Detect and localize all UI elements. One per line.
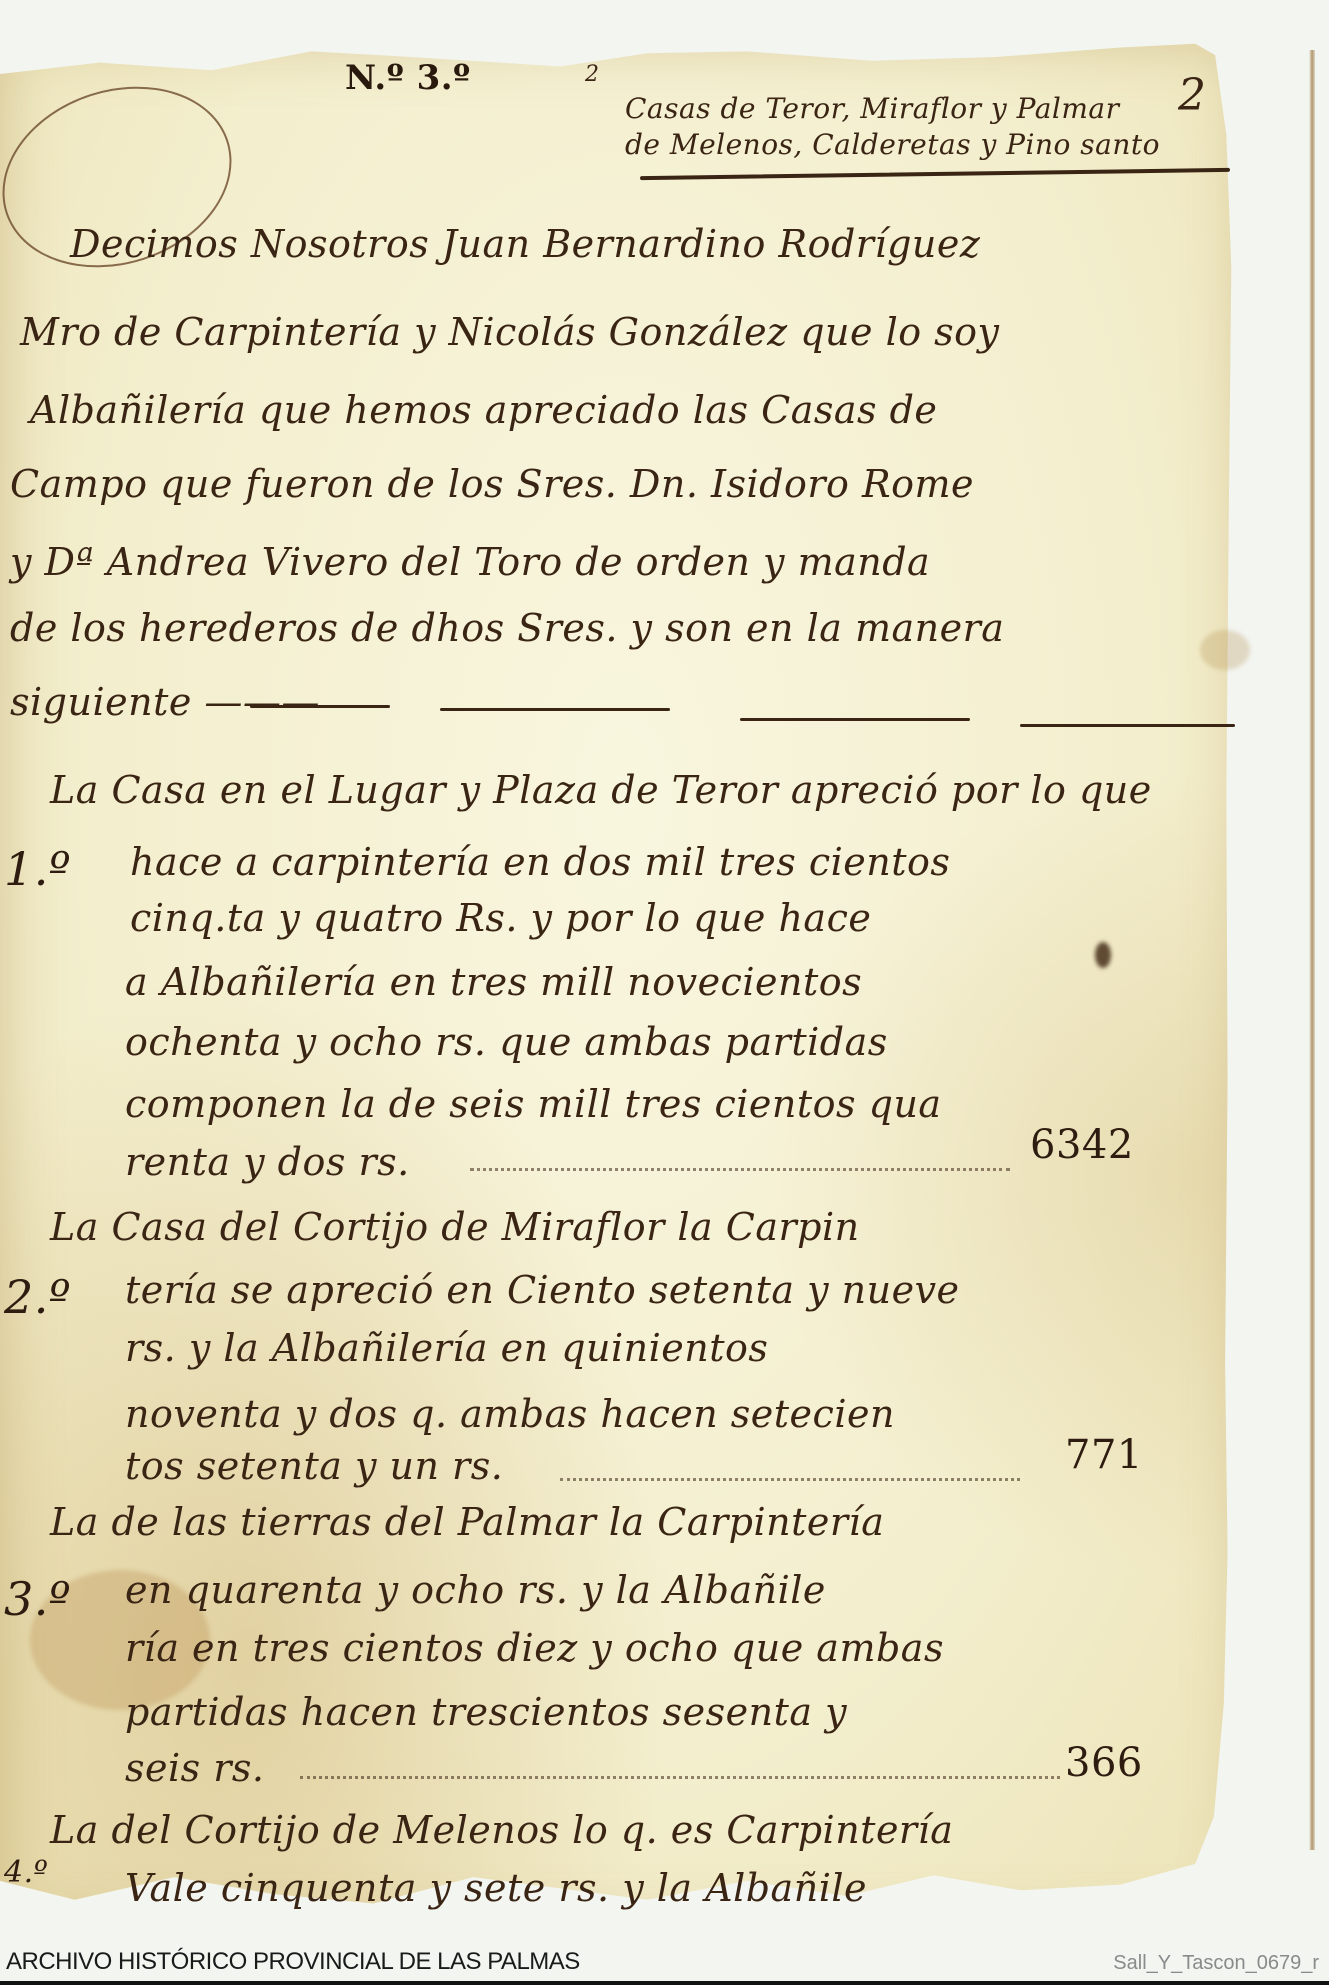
entry-line: La Casa en el Lugar y Plaza de Teror apr… <box>50 768 1152 812</box>
entry-line: La Casa del Cortijo de Miraflor la Carpi… <box>50 1205 860 1249</box>
dot-leader <box>560 1478 1020 1481</box>
entry-line: componen la de seis mill tres cientos qu… <box>125 1082 942 1126</box>
archive-name: ARCHIVO HISTÓRICO PROVINCIAL DE LAS PALM… <box>6 1948 580 1976</box>
image-label: Sall_Y_Tascon_0679_r <box>1113 1952 1319 1975</box>
entry-line: La de las tierras del Palmar la Carpinte… <box>50 1500 884 1544</box>
dot-leader <box>470 1168 1010 1171</box>
entry-line: rs. y la Albañilería en quinientos <box>125 1326 768 1370</box>
entry-line: ría en tres cientos diez y ocho que amba… <box>125 1626 944 1670</box>
body-line: Decimos Nosotros Juan Bernardino Rodrígu… <box>70 222 980 266</box>
entry-margin-number: 1.º <box>4 842 71 896</box>
entry-line: hace a carpintería en dos mil tres cient… <box>130 840 950 884</box>
entry-line: en quarenta y ocho rs. y la Albañile <box>125 1568 826 1612</box>
entry-line: cinq.ta y quatro Rs. y por lo que hace <box>130 896 871 940</box>
separator-rule <box>250 705 390 708</box>
folio-number: 2 <box>1178 70 1207 121</box>
entry-line: tería se apreció en Ciento setenta y nue… <box>125 1268 960 1312</box>
body-line: de los herederos de dhos Sres. y son en … <box>10 606 1004 650</box>
entry-margin-number: 2.º <box>4 1270 71 1324</box>
entry-line: Vale cinquenta y sete rs. y la Albañile <box>125 1866 867 1910</box>
document-reference-number: N.º 3.º <box>345 58 471 98</box>
document-title-line-2: de Melenos, Calderetas y Pino santo <box>625 128 1160 161</box>
entry-line: seis rs. <box>125 1746 264 1790</box>
document-title-line-1: Casas de Teror, Miraflor y Palmar <box>625 92 1120 125</box>
entry-line: partidas hacen trescientos sesenta y <box>125 1690 847 1734</box>
entry-line: ochenta y ocho rs. que ambas partidas <box>125 1020 888 1064</box>
body-line: y Dª Andrea Vivero del Toro de orden y m… <box>10 540 930 584</box>
dot-leader <box>300 1776 1060 1779</box>
sheet-edge <box>1309 50 1315 1850</box>
body-line: Albañilería que hemos apreciado las Casa… <box>30 388 937 432</box>
entry-amount: 771 <box>1065 1432 1143 1478</box>
separator-rule <box>740 718 970 721</box>
entry-amount: 6342 <box>1030 1122 1134 1168</box>
entry-line: renta y dos rs. <box>125 1140 410 1184</box>
entry-line: noventa y dos q. ambas hacen setecien <box>125 1392 895 1436</box>
entry-line: a Albañilería en tres mill novecientos <box>125 960 862 1004</box>
bottom-border <box>0 1981 1329 1985</box>
entry-margin-number: 3.º <box>4 1572 71 1626</box>
separator-rule <box>440 708 670 711</box>
body-line: Mro de Carpintería y Nicolás González qu… <box>20 310 1000 354</box>
separator-rule <box>1020 724 1235 727</box>
entry-margin-number: 4.º <box>4 1855 48 1890</box>
body-line: siguiente ——— <box>10 680 320 724</box>
ink-stain <box>1095 942 1111 968</box>
header-mark: 2 <box>585 62 600 87</box>
ink-stain <box>1200 630 1250 670</box>
body-line: Campo que fueron de los Sres. Dn. Isidor… <box>10 462 974 506</box>
entry-amount: 366 <box>1065 1740 1143 1786</box>
entry-line: La del Cortijo de Melenos lo q. es Carpi… <box>50 1808 953 1852</box>
entry-line: tos setenta y un rs. <box>125 1444 503 1488</box>
